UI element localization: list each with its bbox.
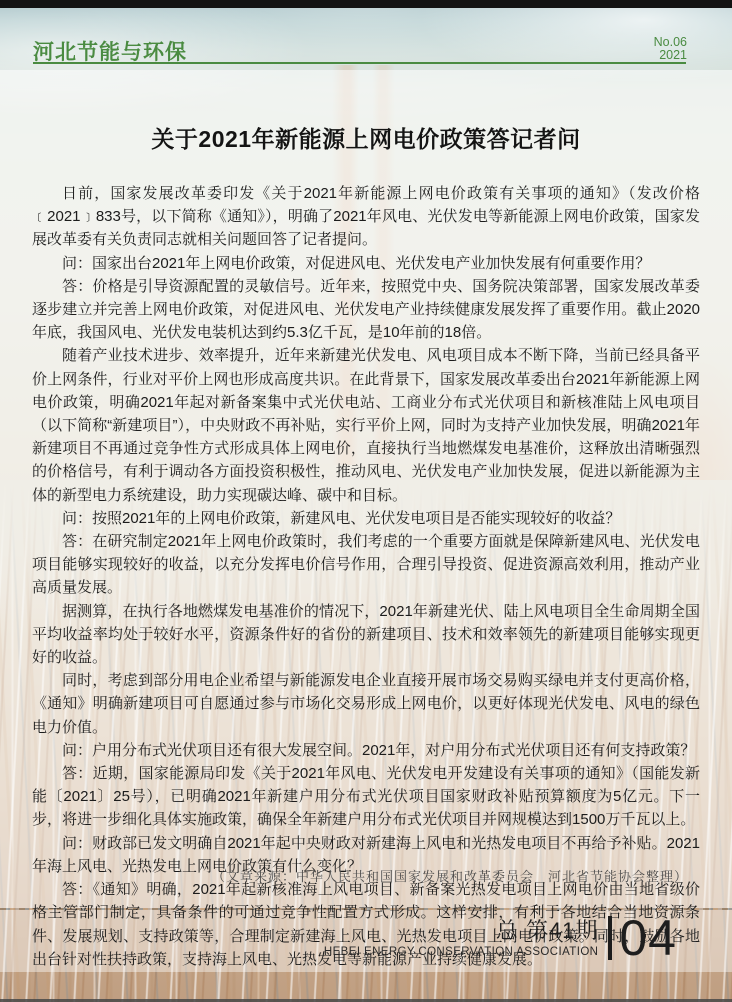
footer-separator-bar xyxy=(608,916,612,960)
issue-year: 2021 xyxy=(654,49,687,62)
article-paragraph: 随着产业技术进步、效率提升，近年来新建光伏发电、风电项目成本不断下降，当前已经具… xyxy=(32,344,700,506)
article-body: 日前，国家发展改革委印发《关于2021年新能源上网电价政策有关事项的通知》（发改… xyxy=(32,182,700,971)
article-paragraph: 答：价格是引导资源配置的灵敏信号。近年来，按照党中央、国务院决策部署，国家发展改… xyxy=(32,275,700,345)
article-paragraph: 答：在研究制定2021年上网电价政策时，我们考虑的一个重要方面就是保障新建风电、… xyxy=(32,530,700,600)
article-paragraph: 日前，国家发展改革委印发《关于2021年新能源上网电价政策有关事项的通知》（发改… xyxy=(32,182,700,252)
article-paragraph: 问：国家出台2021年上网电价政策，对促进风电、光伏发电产业加快发展有何重要作用… xyxy=(32,252,700,275)
masthead-divider xyxy=(33,62,686,64)
page-number: 04 xyxy=(619,916,677,960)
article-paragraph: 答：近期，国家能源局印发《关于2021年风电、光伏发电开发建设有关事项的通知》（… xyxy=(32,762,700,832)
article-paragraph: 问：按照2021年的上网电价政策，新建风电、光伏发电项目是否能实现较好的收益？ xyxy=(32,507,700,530)
volume-label: 总 第41期 xyxy=(496,919,599,943)
page-footer: 总 第41期 HEBEI ENERGY CONSERVATION ASSOCIA… xyxy=(324,914,677,962)
article-paragraph: 问：户用分布式光伏项目还有很大发展空间。2021年，对户用分布式光伏项目还有何支… xyxy=(32,739,700,762)
footer-text-block: 总 第41期 HEBEI ENERGY CONSERVATION ASSOCIA… xyxy=(324,919,598,958)
source-attribution: （文章来源：中华人民共和国国家发展和改革委员会 河北省节能协会整理） xyxy=(212,866,688,885)
article-paragraph: 据测算，在执行各地燃煤发电基准价的情况下，2021年新建光伏、陆上风电项目全生命… xyxy=(32,600,700,670)
article-title: 关于2021年新能源上网电价政策答记者问 xyxy=(0,121,732,154)
issue-info: No.06 2021 xyxy=(654,36,687,62)
association-name-en: HEBEI ENERGY CONSERVATION ASSOCIATION xyxy=(324,946,598,958)
top-border-bar xyxy=(0,0,732,8)
article-paragraph: 同时，考虑到部分用电企业希望与新能源发电企业直接开展市场交易购买绿电并支付更高价… xyxy=(32,669,700,739)
